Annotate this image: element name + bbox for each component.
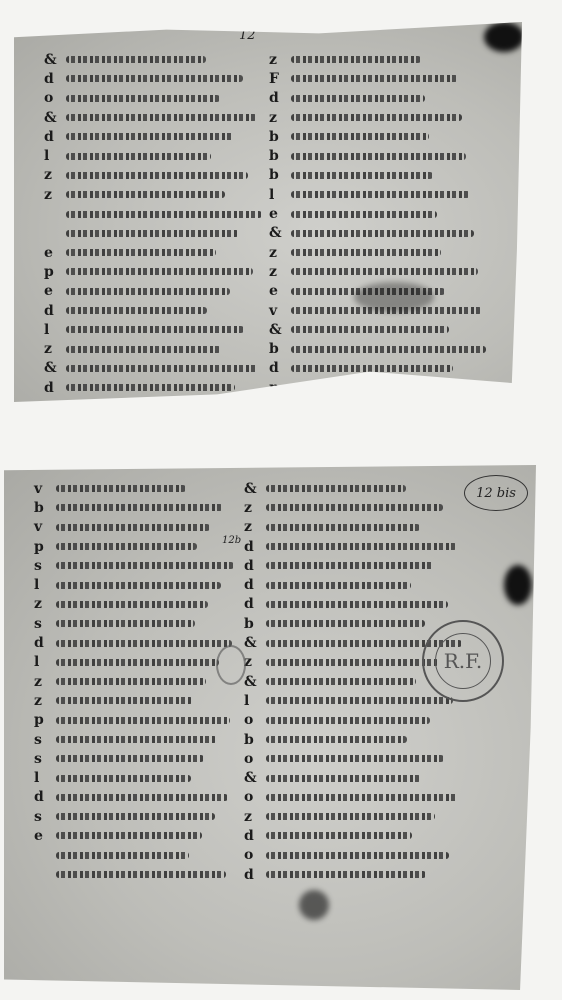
script-line: z [44,339,262,358]
initial-letter: p [34,712,56,728]
initial-letter: d [44,380,66,396]
script-line: & [244,479,462,498]
initial-letter: d [244,577,266,593]
text-line [266,620,425,627]
text-line [56,755,204,762]
script-line: p [44,262,262,281]
initial-letter: & [44,52,66,68]
initial-letter: e [44,245,66,261]
text-line [66,133,234,140]
initial-letter: & [244,770,266,786]
initial-letter: F [269,71,291,87]
text-line [291,211,437,218]
text-line [266,832,412,839]
text-line [56,562,234,569]
ink-stain [484,22,524,52]
script-line: b [269,339,490,358]
initial-letter: z [44,167,66,183]
text-line [266,601,448,608]
initial-letter: o [244,789,266,805]
initial-letter: z [34,693,56,709]
folio-mark-circle: 12 bis [464,475,528,511]
script-line: z [44,185,262,204]
left-column: vbvpslzsdlzzpssldse [34,479,234,884]
text-line [56,678,206,685]
text-line [56,582,221,589]
initial-letter: e [34,828,56,844]
initial-letter: b [244,732,266,748]
script-line: z [34,691,234,710]
text-line [266,543,457,550]
script-line: d [269,359,490,378]
script-line: d [244,865,462,884]
script-line: & [269,224,490,243]
text-line [56,775,191,782]
text-line [266,736,407,743]
text-line [56,659,219,666]
text-line [56,485,186,492]
initial-letter: s [34,732,56,748]
text-line [56,871,226,878]
script-line: e [44,243,262,262]
text-line [56,852,189,859]
script-line: o [244,846,462,865]
text-line [291,403,457,410]
text-line [56,504,223,511]
initial-letter: l [34,770,56,786]
initial-letter: s [34,616,56,632]
initial-letter: d [269,399,291,415]
script-line: l [44,320,262,339]
script-line: d [244,537,462,556]
text-line [291,346,486,353]
initial-letter: z [244,519,266,535]
initial-letter: e [269,283,291,299]
script-line: d [34,788,234,807]
script-line: z [269,262,490,281]
script-line: b [269,166,490,185]
initial-letter: & [244,674,266,690]
initial-letter: o [244,712,266,728]
script-line: e [44,282,262,301]
initial-letter: z [44,187,66,203]
script-line: F [269,69,490,88]
initial-letter: d [44,129,66,145]
initial-letter: l [44,148,66,164]
script-line: b [269,127,490,146]
script-line: n [269,378,490,397]
initial-letter: d [269,90,291,106]
initial-letter: z [269,264,291,280]
script-line: s [34,730,234,749]
initial-letter: l [269,187,291,203]
text-line [291,365,453,372]
initial-letter: l [244,693,266,709]
initial-letter: & [269,225,291,241]
initial-letter: & [44,110,66,126]
initial-letter: v [34,481,56,497]
text-line [291,326,449,333]
script-line: d [44,69,262,88]
script-line: o [44,89,262,108]
text-line [66,288,230,295]
script-line: l [34,768,234,787]
text-line [291,153,466,160]
text-line [56,524,210,531]
manuscript-fragment-bottom: vbvpslzsdlzzpssldse &zzddddb&z&lobo&ozdo… [4,465,536,990]
initial-letter: d [244,867,266,883]
initial-letter: s [34,558,56,574]
text-line [291,75,458,82]
initial-letter: z [34,596,56,612]
text-line [266,562,434,569]
script-line [34,846,234,865]
script-line: z [269,108,490,127]
initial-letter: s [34,809,56,825]
script-line: & [44,108,262,127]
stamp-text: R.F. [444,649,483,673]
initial-letter: & [44,360,66,376]
text-line [56,601,208,608]
text-line [56,813,215,820]
text-line [66,56,206,63]
text-line [266,755,444,762]
text-line [56,697,193,704]
left-column: &do&dlzzepedlz&d [44,50,262,397]
script-line: l [269,185,490,204]
script-line: s [34,749,234,768]
script-line: & [44,50,262,69]
text-line [56,736,217,743]
right-column: zFdzbbble&zzev&bdnd [269,50,490,417]
text-line [66,211,262,218]
text-line [56,717,230,724]
script-line: z [269,243,490,262]
initial-letter: d [244,539,266,555]
archives-stamp: R.F. [422,620,504,702]
script-line: s [34,556,234,575]
initial-letter: z [34,674,56,690]
initial-letter: z [244,654,266,670]
script-line: z [244,518,462,537]
script-line: v [34,518,234,537]
script-line: d [44,127,262,146]
text-line [66,172,248,179]
initial-letter: b [244,616,266,632]
ink-blot [299,890,329,920]
initial-letter: s [34,751,56,767]
script-line: l [34,653,234,672]
script-line: & [44,359,262,378]
initial-letter: z [244,500,266,516]
script-line: l [244,691,462,710]
folio-mark: 12 [239,28,256,43]
initial-letter: b [269,129,291,145]
text-line [56,640,232,647]
text-line [66,346,221,353]
script-line [34,865,234,884]
text-line [56,832,202,839]
initial-letter: o [244,751,266,767]
initial-letter: & [244,481,266,497]
text-line [66,95,220,102]
script-line [44,224,262,243]
text-line [266,678,416,685]
text-line [266,813,435,820]
initial-letter: o [244,847,266,863]
script-line: o [244,749,462,768]
script-line: d [269,397,490,416]
script-line: z [34,672,234,691]
script-line: d [34,633,234,652]
script-line: v [34,479,234,498]
text-line [291,56,421,63]
initial-letter: z [269,52,291,68]
initial-letter: b [269,167,291,183]
script-line: b [244,614,462,633]
text-line [266,794,458,801]
script-line: d [244,575,462,594]
initial-letter: z [269,110,291,126]
text-line [266,504,443,511]
text-line [291,133,429,140]
script-line: e [34,826,234,845]
text-line [266,852,449,859]
text-line [266,775,421,782]
text-line [266,717,430,724]
text-line [266,871,426,878]
initial-letter: o [44,90,66,106]
script-line [44,204,262,223]
initial-letter: d [44,71,66,87]
text-line [66,191,225,198]
script-line: & [244,768,462,787]
script-line: p [34,537,234,556]
text-line [266,659,439,666]
text-line [66,249,216,256]
text-line [66,384,235,391]
script-line: d [44,301,262,320]
script-line: b [269,146,490,165]
initial-letter: e [269,206,291,222]
script-line: e [269,204,490,223]
text-line [291,384,490,391]
script-line: d [44,378,262,397]
initial-letter: v [269,303,291,319]
initial-letter: b [34,500,56,516]
text-line [66,307,207,314]
initial-letter: b [269,341,291,357]
initial-letter: n [269,380,291,396]
initial-letter: d [269,360,291,376]
script-line: & [269,320,490,339]
initial-letter: p [34,539,56,555]
script-line: b [244,730,462,749]
initial-letter: b [269,148,291,164]
small-stamp [216,645,246,685]
initial-letter: & [269,322,291,338]
damp-stain [354,282,434,312]
script-line: d [269,89,490,108]
text-line [66,153,211,160]
script-line: o [244,711,462,730]
script-line: d [244,595,462,614]
initial-letter: d [244,828,266,844]
text-line [266,524,420,531]
initial-letter: e [44,283,66,299]
text-line [66,230,239,237]
script-line: b [34,498,234,517]
text-line [266,485,406,492]
script-line: s [34,614,234,633]
script-line: z [244,807,462,826]
manuscript-fragment-top: &do&dlzzepedlz&d zFdzbbble&zzev&bdnd 12 [14,22,522,402]
initial-letter: p [44,264,66,280]
text-line [266,697,453,704]
text-line [291,172,433,179]
script-line: z [34,595,234,614]
script-line: s [34,807,234,826]
text-line [291,114,462,121]
text-line [291,95,425,102]
text-line [66,114,257,121]
text-line [66,75,243,82]
script-line: z [269,50,490,69]
text-line [291,249,441,256]
script-line: l [34,575,234,594]
initial-letter: d [44,303,66,319]
initial-letter: d [244,558,266,574]
margin-mark: 12b [222,535,241,546]
script-line: p [34,711,234,730]
initial-letter: z [244,809,266,825]
initial-letter: l [44,322,66,338]
text-line [66,268,253,275]
text-line [291,191,470,198]
ink-stain [504,565,532,605]
text-line [66,365,258,372]
script-line: z [244,498,462,517]
text-line [291,230,474,237]
initial-letter: z [269,245,291,261]
initial-letter: d [34,789,56,805]
initial-letter: d [34,635,56,651]
script-line: d [244,826,462,845]
initial-letter: z [44,341,66,357]
text-line [56,794,228,801]
initial-letter: l [34,577,56,593]
initial-letter: v [34,519,56,535]
script-line: o [244,788,462,807]
text-line [291,268,478,275]
script-line: l [44,146,262,165]
initial-letter: & [244,635,266,651]
initial-letter: l [34,654,56,670]
text-line [56,620,195,627]
text-line [56,543,197,550]
script-line: d [244,556,462,575]
text-line [266,582,411,589]
initial-letter: d [244,596,266,612]
script-line: z [44,166,262,185]
text-line [66,326,244,333]
